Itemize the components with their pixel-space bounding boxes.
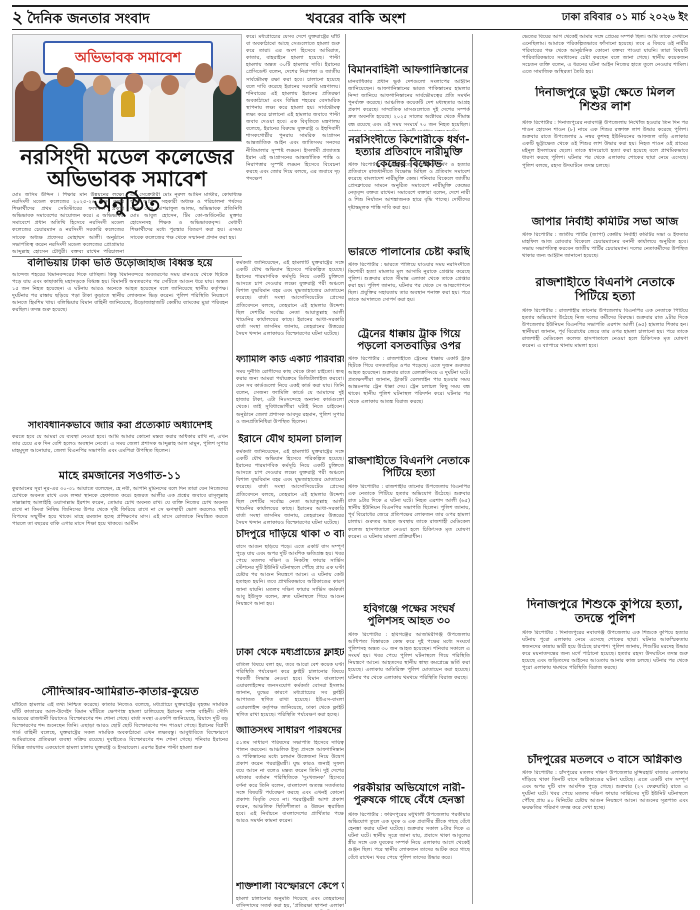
story-body: আন্দেজ শহরের বিমানবন্দরের দিকে যাচ্ছিল। … xyxy=(12,272,228,420)
story-headline: দিনাজপুরে শিশুকে কুপিয়ে হত্যা, তদন্তে প… xyxy=(522,598,688,626)
story-headline: জাপার নির্বাহী কমিটির সভা আজ xyxy=(522,216,688,229)
person-head xyxy=(195,63,213,83)
lead-photo: অভিভাবক সমাবেশ xyxy=(12,34,242,142)
story-headline: পরকীয়ার অভিযোগে নারী-পুরুষকে গাছে বেঁধে… xyxy=(348,782,470,806)
person-head xyxy=(23,71,41,91)
story-headline: ট্রেনের ধাক্কায় ট্রাক গিয়ে পড়লো বসতবা… xyxy=(348,328,470,352)
story-body: স্টাফ রিপোর্টার : ফরিদপুরের মধুখালী উপজে… xyxy=(348,812,470,904)
story-body: স্টাফ রিপোর্টার : চাঁদপুরের মতলব দক্ষিণ … xyxy=(522,770,688,904)
story-body: মানবাধিকার প্রধান ভূর্ক দেশগুলো সংলাপের … xyxy=(348,79,470,131)
story-body: স্টাফ রিপোর্টার : রাজশাহীতে ট্রেনের ধাক্… xyxy=(348,356,470,452)
person-head xyxy=(161,75,179,95)
story-headline: বলিভিয়ায় টাকা ভর্তি উড়োজাহাজ বিধ্বস্ত… xyxy=(12,258,228,270)
story-headline: ভারতে পালানোর চেষ্টা করছিল নুরা xyxy=(348,246,470,258)
paper-name: দৈনিক জনতার সংবাদ xyxy=(27,7,150,31)
story-body: স্টাফ রিপোর্টার : দিনাজপুরের নবাবগঞ্জ উপ… xyxy=(522,630,688,750)
story-headline: সৌদিআরব-আমিরাত-কাতার-কুয়েত xyxy=(12,686,228,699)
story-body: করতে হবে যে আমরা যে ব্যবস্থা নেওয়া হবে।… xyxy=(12,434,228,470)
story-headline: চাঁদপুরের মতলবে ৩ বাসে অগ্নিকাণ্ড xyxy=(522,754,688,767)
story-headline: রাজশাহীতে বিএনপি নেতাকে পিটিয়ে হত্যা xyxy=(522,276,688,304)
story-body: ঘাঁটিতে হামলার এই তথ্য নিশ্চিত করেছে। কা… xyxy=(12,702,228,902)
page-number: ২ xyxy=(12,5,23,33)
story-body: স্টাফ রিপোর্টার : হবিগঞ্জের আজমিরীগঞ্জ উ… xyxy=(348,632,470,778)
column-rule xyxy=(345,34,346,904)
story-headline: ইরানে যৌথ হামলা চালাল xyxy=(236,434,344,446)
divider xyxy=(12,256,242,257)
story-body: স্টাফ রিপোর্টার : নরসিংদীতে কিশোরীকে ধর্… xyxy=(348,162,470,244)
paper-identity: ২ দৈনিক জনতার সংবাদ xyxy=(12,5,150,33)
story-headline: জাতিসংঘ সাধারণ পরিষদের নির্বাচনে xyxy=(236,726,344,737)
trophy-icon xyxy=(121,91,135,117)
person-head xyxy=(93,75,111,95)
story-body: সময় দুর্নীতি রোগীদের কাছ থেকে টাকা চাইত… xyxy=(236,369,344,431)
column-rule xyxy=(232,258,233,904)
lead-body-col2: এর সেক্রেটারী মোঃ নূরুল আমিন মাস্টার, কো… xyxy=(130,192,242,254)
story-headline: ঢাকা থেকে মধ্যপ্রাচ্যের ফ্লাইট xyxy=(236,648,344,659)
story-body: ৫১তম সাধারণ পরিষদের সভাপতি হিসেবে দায়িত… xyxy=(236,740,344,880)
continuation-body: ভেতের বিয়ের আগ থেকেই আমার সঙ্গে প্রেমের… xyxy=(522,34,688,84)
column-rule xyxy=(472,34,473,904)
masthead: ২ দৈনিক জনতার সংবাদ খবরের বাকি অংশ ঢাকা … xyxy=(12,8,688,30)
story-headline: বিমানবাহিনী আফগানিস্তানের ২২টি xyxy=(348,64,470,76)
story-body: স্টাফ রিপোর্টার : রাজশাহীর তানোর উপজেলায… xyxy=(348,484,470,600)
story-headline: দিনাজপুরে ভুট্টা ক্ষেতে মিলল শিশুর লাশ xyxy=(522,86,688,114)
story-headline: ফ্যামিলি কার্ড একটি পরিবারকে xyxy=(236,355,344,366)
story-headline: রাজশাহীতে বিএনপি নেতাকে পিটিয়ে হত্যা xyxy=(348,455,470,479)
person-figure xyxy=(43,79,87,141)
story-body: স্টাফ রিপোর্টার : রাজশাহীর তানোর উপজেলায… xyxy=(522,308,688,458)
lead-body-col1: মোঃ জসিম উদ্দিন । শিক্ষার মান উন্নয়নের … xyxy=(12,192,124,254)
story-headline: হবিগঞ্জে পক্ষের সংঘর্ষ পুলিশসহ আহত ৩০ xyxy=(348,603,470,627)
story-body: বাসে আগুন ছড়িয়ে পড়ে। এতে একটি বাস সম্… xyxy=(236,544,344,644)
dateline: ঢাকা রবিবার ০১ মার্চ ২০২৬ ইং xyxy=(562,10,688,27)
story-body: বাতিল বিষয়ে বলা হয়, তবে আরো বেশ কয়েক … xyxy=(236,662,344,724)
person-head xyxy=(57,67,75,87)
person-head xyxy=(219,75,237,95)
story-body: কর্মকর্তা জানিয়েছেন, এই হামলাটি যুক্তরা… xyxy=(236,260,344,352)
story-headline: শক্তিশালী বিস্ফোরণে কেঁপে উঠল xyxy=(236,882,344,893)
continuation-body: করে। মধ্যপ্রাচ্যের যেসব দেশে যুক্তরাষ্ট্… xyxy=(246,34,340,248)
section-title: খবরের বাকি অংশ xyxy=(306,7,406,31)
story-headline: মাহে রমজানের সওগাত-১১ xyxy=(12,470,228,483)
person-head xyxy=(125,73,143,93)
story-body: স্টাফ রিপোর্টার : দিনাজপুরের নবাবগঞ্জ উপ… xyxy=(522,120,688,214)
story-body: স্টাফ রিপোর্টার : জাতীয় পার্টির (জাপা) … xyxy=(522,232,688,272)
story-body: কুরআনের সূরা নূর-এর ৩০-৩১ আয়াতে বলেছেন,… xyxy=(12,486,228,684)
story-headline: চাঁদপুরে দাঁড়িয়ে থাকা ৩ বাসে xyxy=(236,529,344,541)
story-body: কর্মকর্তা জানিয়েছেন, এই হামলাটি যুক্তরা… xyxy=(236,449,344,525)
story-body: হামলা চালানোর অনুমতি দিয়েছে এবং তেহরানে… xyxy=(236,896,344,910)
story-headline: সাংবিধানিকভাবে জারি করা প্রত্যেকটি অধ্যা… xyxy=(12,421,228,432)
story-body: স্টাফ রিপোর্টার : ভারতে পালিয়ে যাওয়ার … xyxy=(348,262,470,326)
